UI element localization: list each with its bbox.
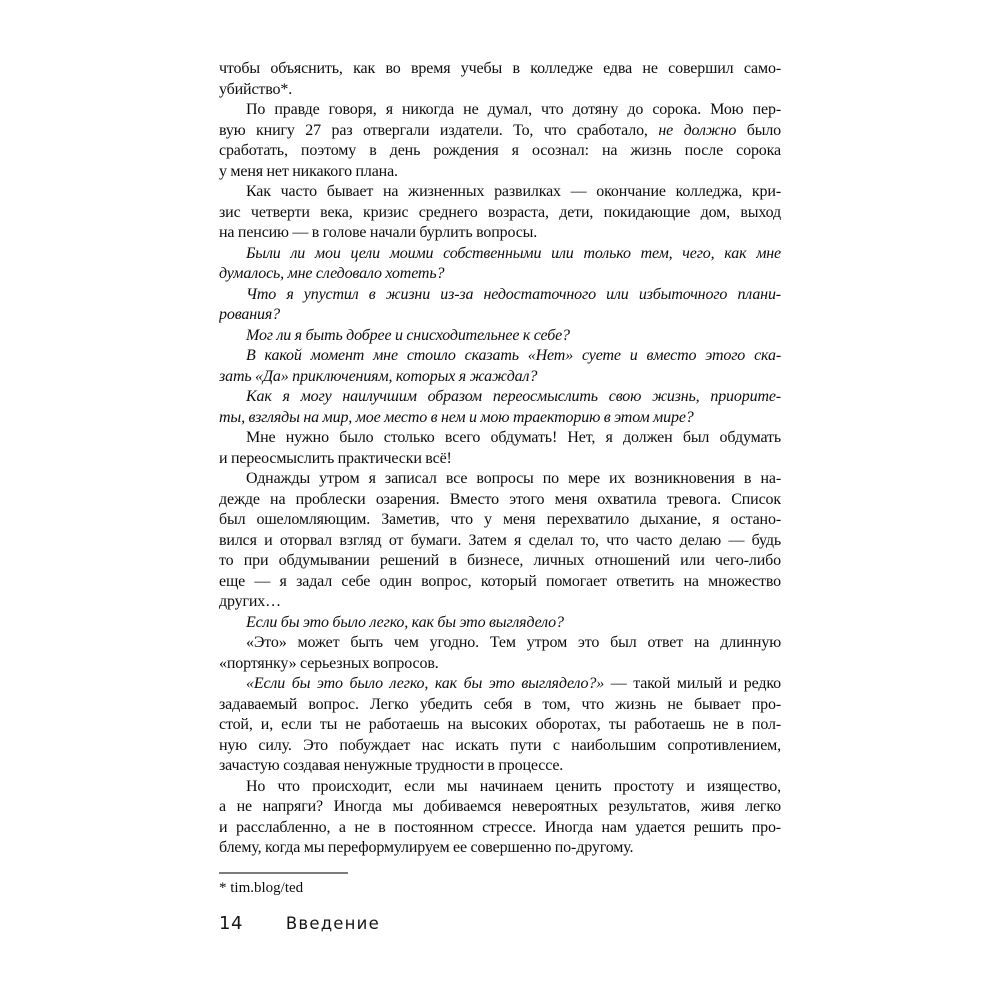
text-line: Как я могу наилучшим образом переосмысли… [219,387,781,408]
text-line: вую книгу 27 раз отвергали издатели. То,… [219,121,781,142]
text-line: «Это» может быть чем угодно. Тем утром э… [219,633,781,654]
paragraph: Были ли мои цели моими собственными или … [219,244,781,285]
text-line: Но что происходит, если мы начинаем цени… [219,777,781,798]
paragraph: «Если бы это было легко, как бы это выгл… [219,674,781,777]
text-line: В какой момент мне стоило сказать «Нет» … [219,346,781,367]
text-line: вился и оторвал взгляд от бумаги. Затем … [219,531,781,552]
paragraph: Мне нужно было столько всего обдумать! Н… [219,428,781,469]
text-line: блему, когда мы переформулируем ее совер… [219,838,781,859]
text-line: Однажды утром я записал все вопросы по м… [219,469,781,490]
text-line: «портянку» серьезных вопросов. [219,654,781,675]
plain-text: было [736,122,781,139]
text-line: и переосмыслить практически всё! [219,449,781,470]
paragraph: В какой момент мне стоило сказать «Нет» … [219,346,781,387]
text-line: Мог ли я быть добрее и снисходительнее к… [219,326,781,347]
text-line: задаваемый вопрос. Легко убедить себя в … [219,695,781,716]
footnote-text: * tim.blog/ted [219,879,303,897]
plain-text: — такой милый и редко [604,675,781,692]
paragraph: Как часто бывает на жизненных развилках … [219,182,781,244]
text-line: «Если бы это было легко, как бы это выгл… [219,674,781,695]
text-line: на пенсию — в голове начали бурлить вопр… [219,223,781,244]
paragraph: Что я упустил в жизни из-за недостаточно… [219,285,781,326]
text-line: зачастую создавая ненужные трудности в п… [219,756,781,777]
text-line: а не напряги? Иногда мы добиваемся невер… [219,797,781,818]
text-line: По правде говоря, я никогда не думал, чт… [219,100,781,121]
text-line: убийство*. [219,80,781,101]
page-footer: 14Введение [219,913,380,934]
paragraph: Если бы это было легко, как бы это выгля… [219,613,781,634]
text-line: ную силу. Это побуждает нас искать пути … [219,736,781,757]
text-line: Как часто бывает на жизненных развилках … [219,182,781,203]
text-line: ты, взгляды на мир, мое место в нем и мо… [219,408,781,429]
page-number: 14 [219,913,243,934]
running-title: Введение [286,914,380,933]
text-line: и расслабленно, а не в постоянном стресс… [219,818,781,839]
text-line: еще — я задал себе один вопрос, который … [219,572,781,593]
text-line: Если бы это было легко, как бы это выгля… [219,613,781,634]
page-text: чтобы объяснить, как во время учебы в ко… [219,59,781,859]
emphasis-text: «Если бы это было легко, как бы это выгл… [246,675,604,692]
text-line: думалось, мне следовало хотеть? [219,264,781,285]
text-line: зис четверти века, кризис среднего возра… [219,203,781,224]
book-page: чтобы объяснить, как во время учебы в ко… [0,0,1000,1000]
paragraph: Мог ли я быть добрее и снисходительнее к… [219,326,781,347]
text-line: у меня нет никакого плана. [219,162,781,183]
text-line: Что я упустил в жизни из-за недостаточно… [219,285,781,306]
paragraph: По правде говоря, я никогда не думал, чт… [219,100,781,182]
paragraph: «Это» может быть чем угодно. Тем утром э… [219,633,781,674]
text-line: стой, и, если ты не работаешь на высоких… [219,715,781,736]
text-line: сработать, поэтому в день рождения я осо… [219,141,781,162]
text-line: зать «Да» приключениям, которых я жаждал… [219,367,781,388]
text-line: Были ли мои цели моими собственными или … [219,244,781,265]
text-line: рования? [219,305,781,326]
text-line: был ошеломляющим. Заметив, что у меня пе… [219,510,781,531]
text-line: то при обдумывании решений в бизнесе, ли… [219,551,781,572]
paragraph: Однажды утром я записал все вопросы по м… [219,469,781,613]
text-line: других… [219,592,781,613]
paragraph: чтобы объяснить, как во время учебы в ко… [219,59,781,100]
text-line: дежде на проблески озарения. Вместо этог… [219,490,781,511]
text-line: Мне нужно было столько всего обдумать! Н… [219,428,781,449]
plain-text: вую книгу 27 раз отвергали издатели. То,… [219,122,658,139]
text-line: чтобы объяснить, как во время учебы в ко… [219,59,781,80]
paragraph: Как я могу наилучшим образом переосмысли… [219,387,781,428]
emphasis-text: не должно [658,122,736,139]
paragraph: Но что происходит, если мы начинаем цени… [219,777,781,859]
footnote-divider [219,872,348,874]
